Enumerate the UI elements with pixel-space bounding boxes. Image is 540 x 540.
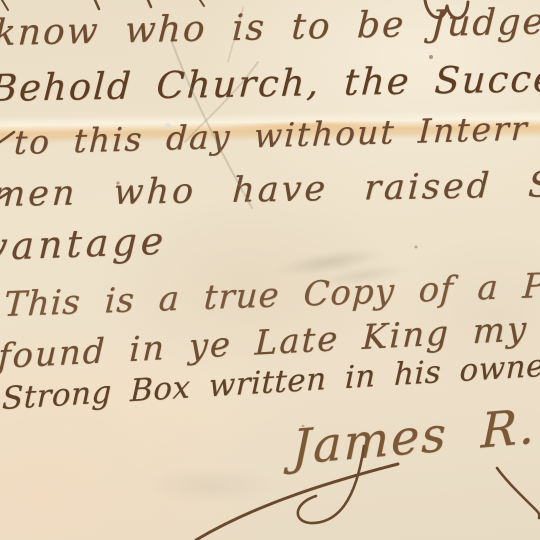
manuscript-photo: know who is to be Judge of Behold Church… [0, 0, 540, 540]
paper-smudge [120, 455, 300, 515]
manuscript-line-5: vantage [0, 222, 168, 266]
manuscript-line-2: Behold Church, the Succession [0, 58, 540, 107]
manuscript-line-4: men who have raised Sch [0, 167, 540, 213]
